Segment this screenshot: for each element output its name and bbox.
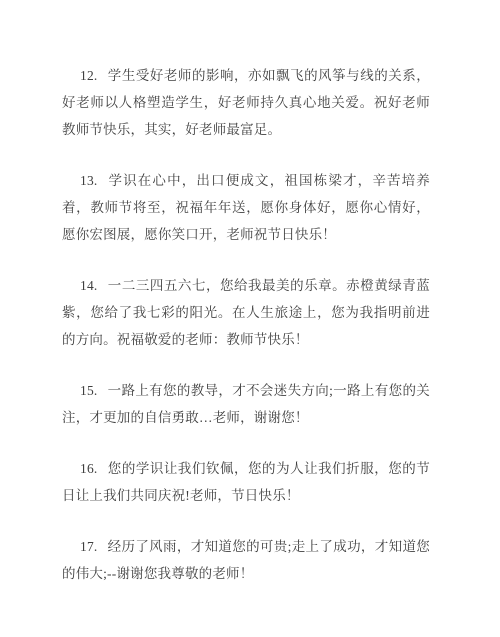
paragraph-text: 学识在心中，出口便成文，祖国栋梁才，辛苦培养着，教师节将至，祝福年年送，愿你身体… <box>62 173 430 242</box>
paragraph-text: 您的学识让我们钦佩，您的为人让我们折服，您的节日让上我们共同庆祝!老师，节日快乐… <box>62 461 430 503</box>
document-page: 12.学生受好老师的影响，亦如飘飞的风筝与线的关系，好老师以人格塑造学生，好老师… <box>0 0 500 637</box>
paragraph-number: 12. <box>80 68 97 83</box>
paragraph-text: 学生受好老师的影响，亦如飘飞的风筝与线的关系，好老师以人格塑造学生，好老师持久真… <box>62 68 430 137</box>
paragraph-number: 17. <box>80 539 97 554</box>
paragraph-15: 15.一路上有您的教导，才不会迷失方向;一路上有您的关注，才更加的自信勇敢…老师… <box>62 377 430 431</box>
paragraph-number: 15. <box>80 383 97 398</box>
document-content: 12.学生受好老师的影响，亦如飘飞的风筝与线的关系，好老师以人格塑造学生，好老师… <box>62 62 430 587</box>
paragraph-text: 一路上有您的教导，才不会迷失方向;一路上有您的关注，才更加的自信勇敢…老师，谢谢… <box>62 383 430 425</box>
paragraph-number: 13. <box>80 173 97 188</box>
paragraph-text: 经历了风雨，才知道您的可贵;走上了成功，才知道您的伟大;--谢谢您我尊敬的老师！ <box>62 539 430 581</box>
paragraph-13: 13.学识在心中，出口便成文，祖国栋梁才，辛苦培养着，教师节将至，祝福年年送，愿… <box>62 167 430 248</box>
paragraph-text: 一二三四五六七，您给我最美的乐章。赤橙黄绿青蓝紫，您给了我七彩的阳光。在人生旅途… <box>62 278 430 347</box>
paragraph-17: 17.经历了风雨，才知道您的可贵;走上了成功，才知道您的伟大;--谢谢您我尊敬的… <box>62 533 430 587</box>
paragraph-12: 12.学生受好老师的影响，亦如飘飞的风筝与线的关系，好老师以人格塑造学生，好老师… <box>62 62 430 143</box>
paragraph-number: 16. <box>80 461 97 476</box>
paragraph-14: 14.一二三四五六七，您给我最美的乐章。赤橙黄绿青蓝紫，您给了我七彩的阳光。在人… <box>62 272 430 353</box>
paragraph-number: 14. <box>80 278 97 293</box>
paragraph-16: 16.您的学识让我们钦佩，您的为人让我们折服，您的节日让上我们共同庆祝!老师，节… <box>62 455 430 509</box>
